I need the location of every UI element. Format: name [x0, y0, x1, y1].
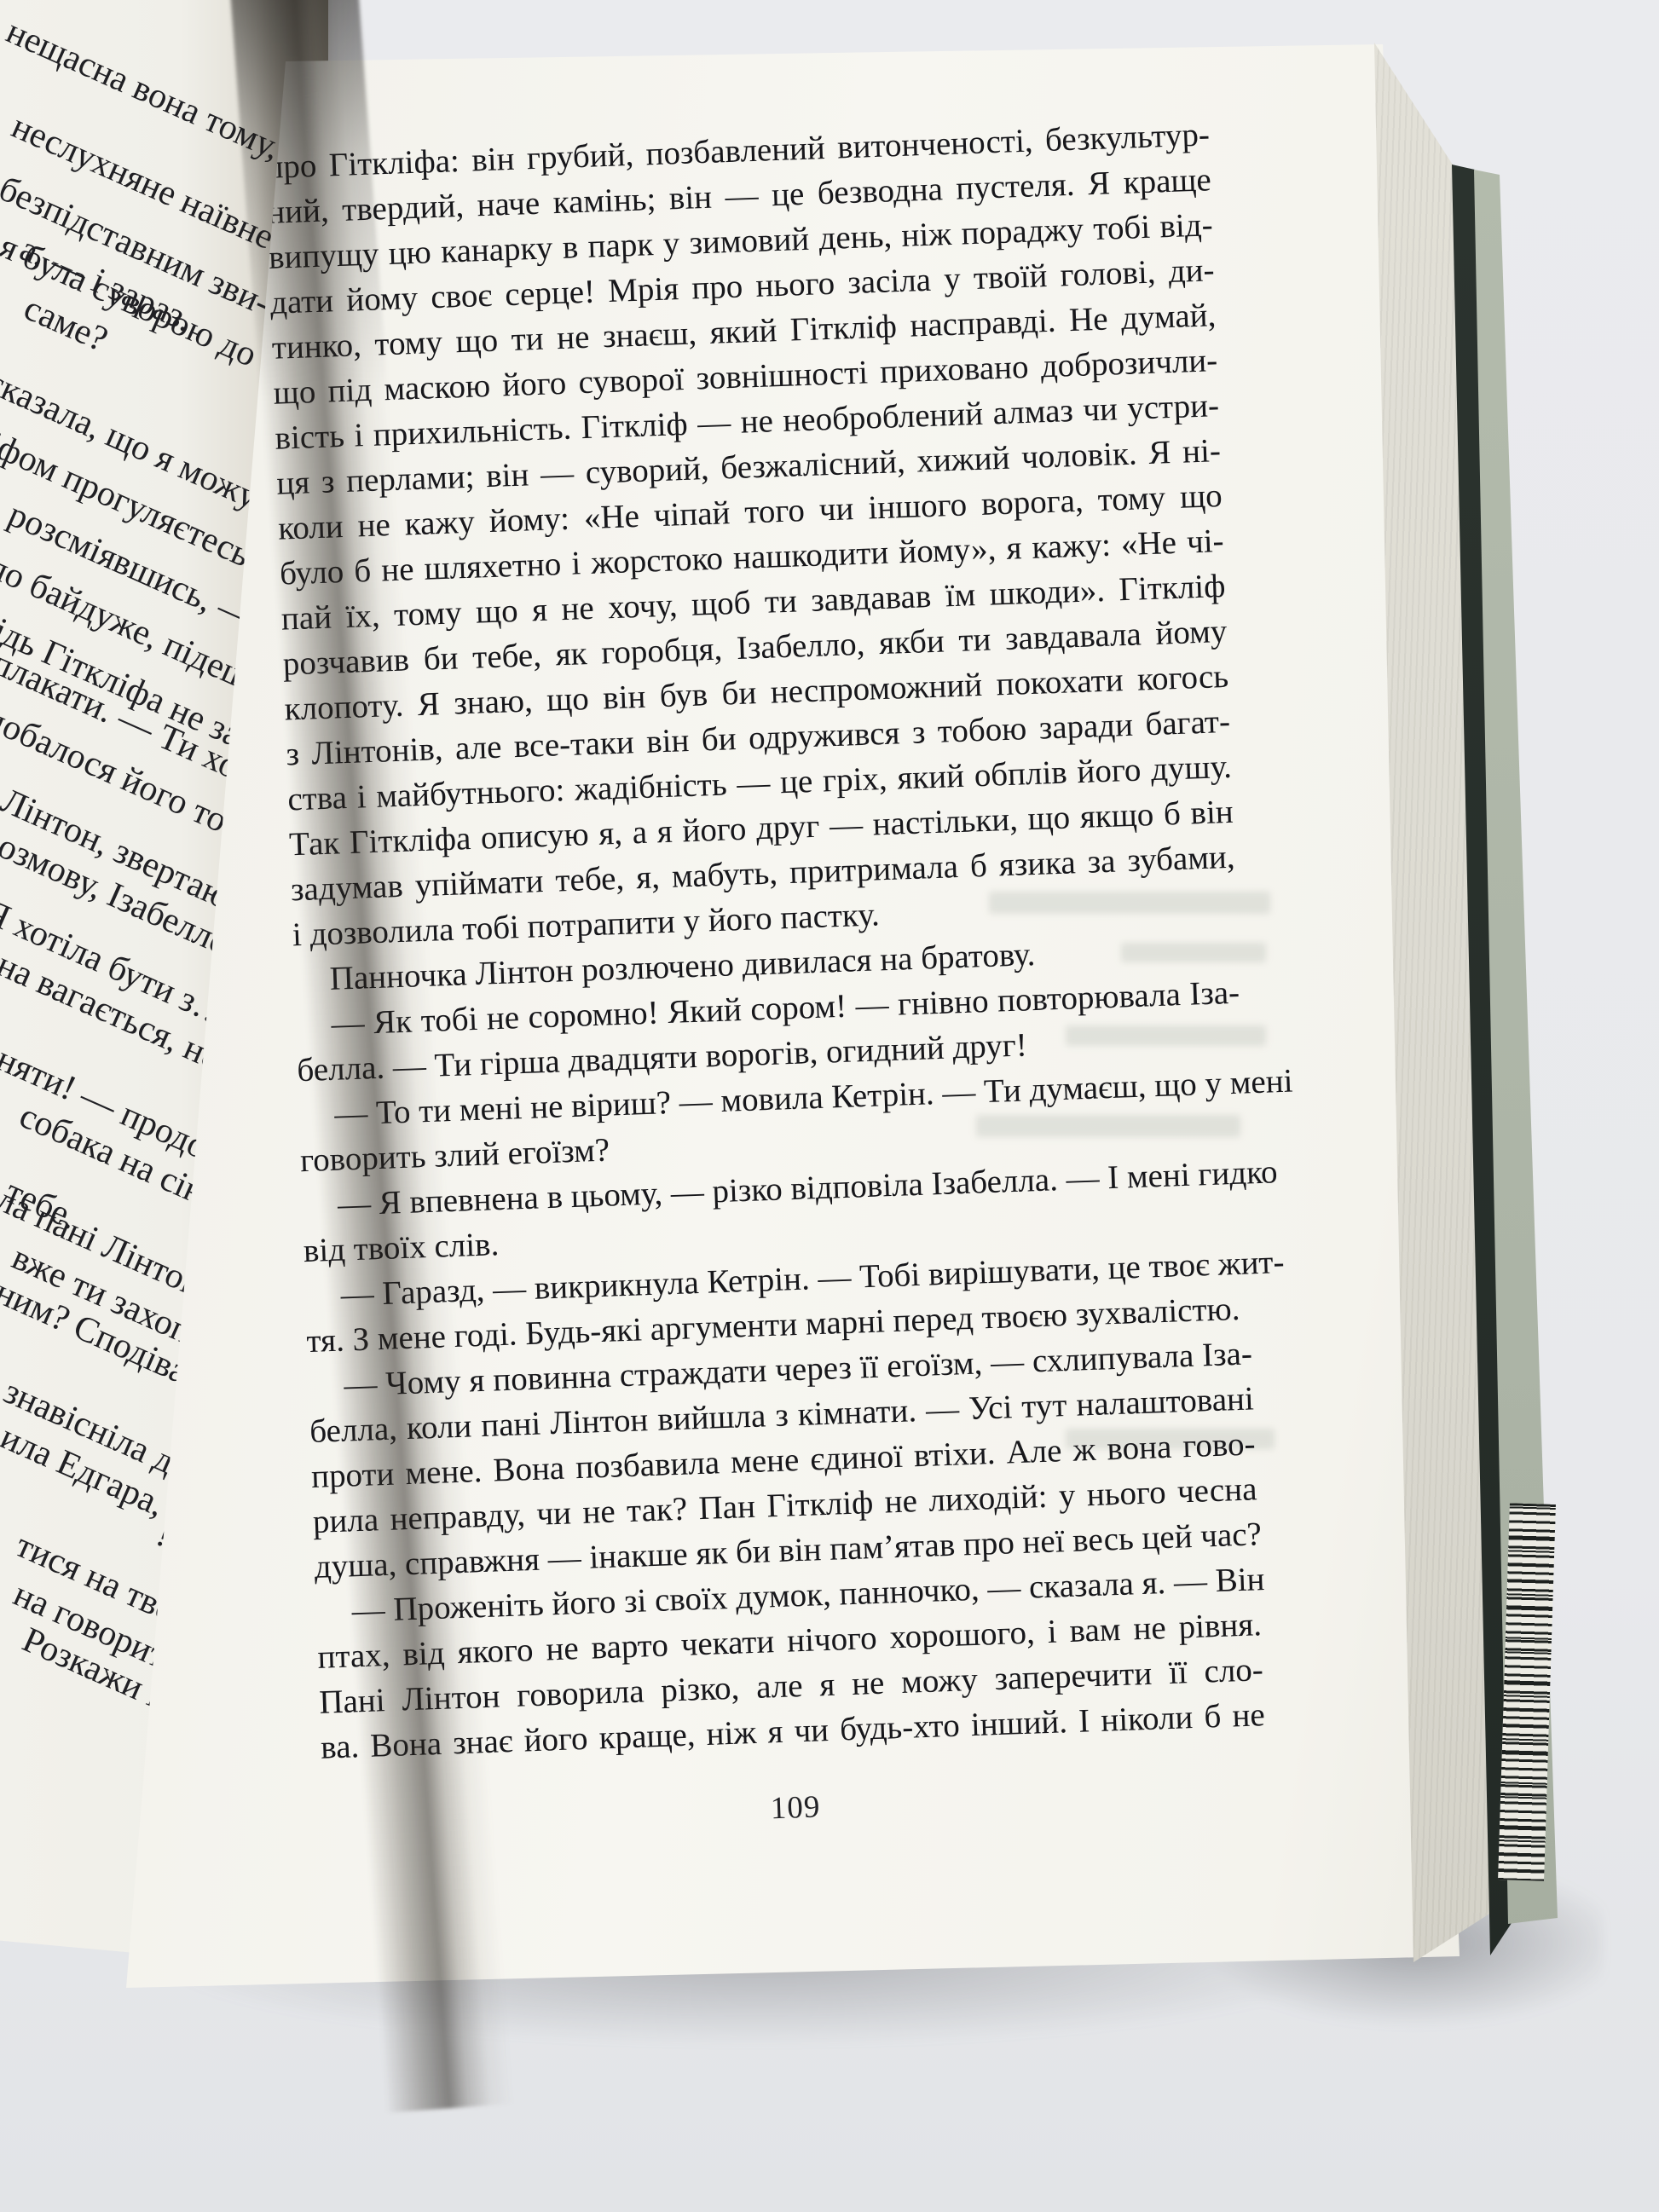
- book-photo: я, а нещасна вона тому,тебе, неслухняне …: [0, 0, 1659, 2212]
